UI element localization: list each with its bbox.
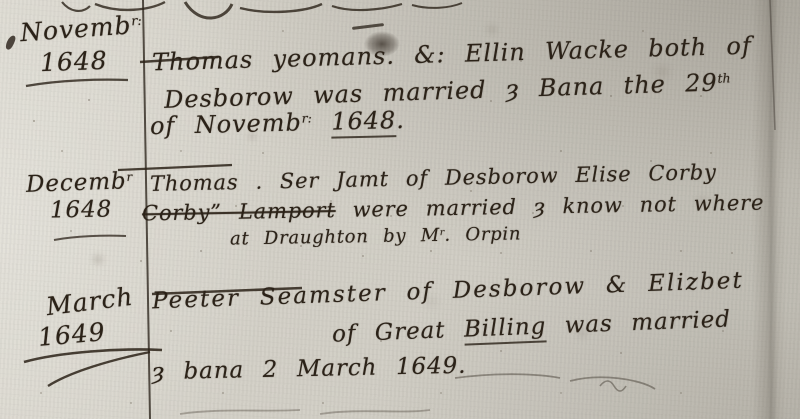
entry1-line2: Desborow was married ȝ Bana the 29th [164,68,731,114]
entry2-line3: at Draughton by Mr. Orpin [230,223,522,249]
text-segment: r: [301,110,312,125]
text-segment: Thomas . Ser Jamt of Desborow Elise Corb… [150,160,717,196]
text-segment [312,108,332,136]
entry3-line3: ȝ bana 2 March 1649. [152,353,467,386]
text-segment: . Orpin [444,223,521,245]
text-segment: at Draughton by M [230,225,440,250]
text-segment: . [396,106,405,134]
margin-date-month-2: Decembr [26,168,133,198]
margin-date-month-3: March [45,282,135,321]
text-segment: Billing [463,313,546,345]
margin-date-year-1: 1648 [40,46,109,77]
entry2-line2: Corby” Lamport were married ȝ know not w… [142,191,765,226]
text-segment: March [45,282,135,321]
cropped-next-line [180,410,430,414]
underline-1648-december [54,236,126,240]
ink-blot-stroke [352,23,384,30]
margin-date-year-3: 1649 [37,317,107,352]
text-segment: r [126,170,132,184]
text-segment: of Novemb [150,108,302,140]
entry2-line1: Thomas . Ser Jamt of Desborow Elise Corb… [150,160,717,196]
underline-1649-march-swoosh [24,350,162,387]
entry3-line1: Peeter Seamster of Desborow & Elizbet [152,268,744,315]
margin-date-year-2: 1648 [50,196,113,223]
underline-1648-november [26,80,128,86]
text-segment: Corby” Lamport [142,198,336,225]
text-segment: Peeter Seamster of Desborow & Elizbet [152,268,744,315]
parish-register-photo: Novembr: 1648 Decembr 1648 March 1649 Th… [0,0,800,419]
text-segment: 1648 [331,106,397,139]
faint-trailing-scribble [455,374,655,391]
crossbar-entry2 [118,165,232,170]
text-segment: Desborow was married ȝ Bana the 29 [164,69,718,114]
entry1-line3: of Novembr: 1648. [150,106,405,140]
ink-tick-mark [4,34,16,51]
text-segment: Novemb [19,11,132,48]
text-segment: r: [131,14,143,30]
text-segment: were married ȝ know not where [335,191,764,222]
text-segment: of Great [332,317,465,348]
paper-stains [0,0,4,3]
text-segment: was married [546,306,732,339]
entry3-line2: of Great Billing was married [332,306,732,347]
text-segment: Decemb [26,168,127,197]
text-segment: th [717,70,731,85]
text-segment: ȝ bana 2 March 1649. [152,353,467,386]
margin-date-month-1: Novembr: [19,10,143,47]
